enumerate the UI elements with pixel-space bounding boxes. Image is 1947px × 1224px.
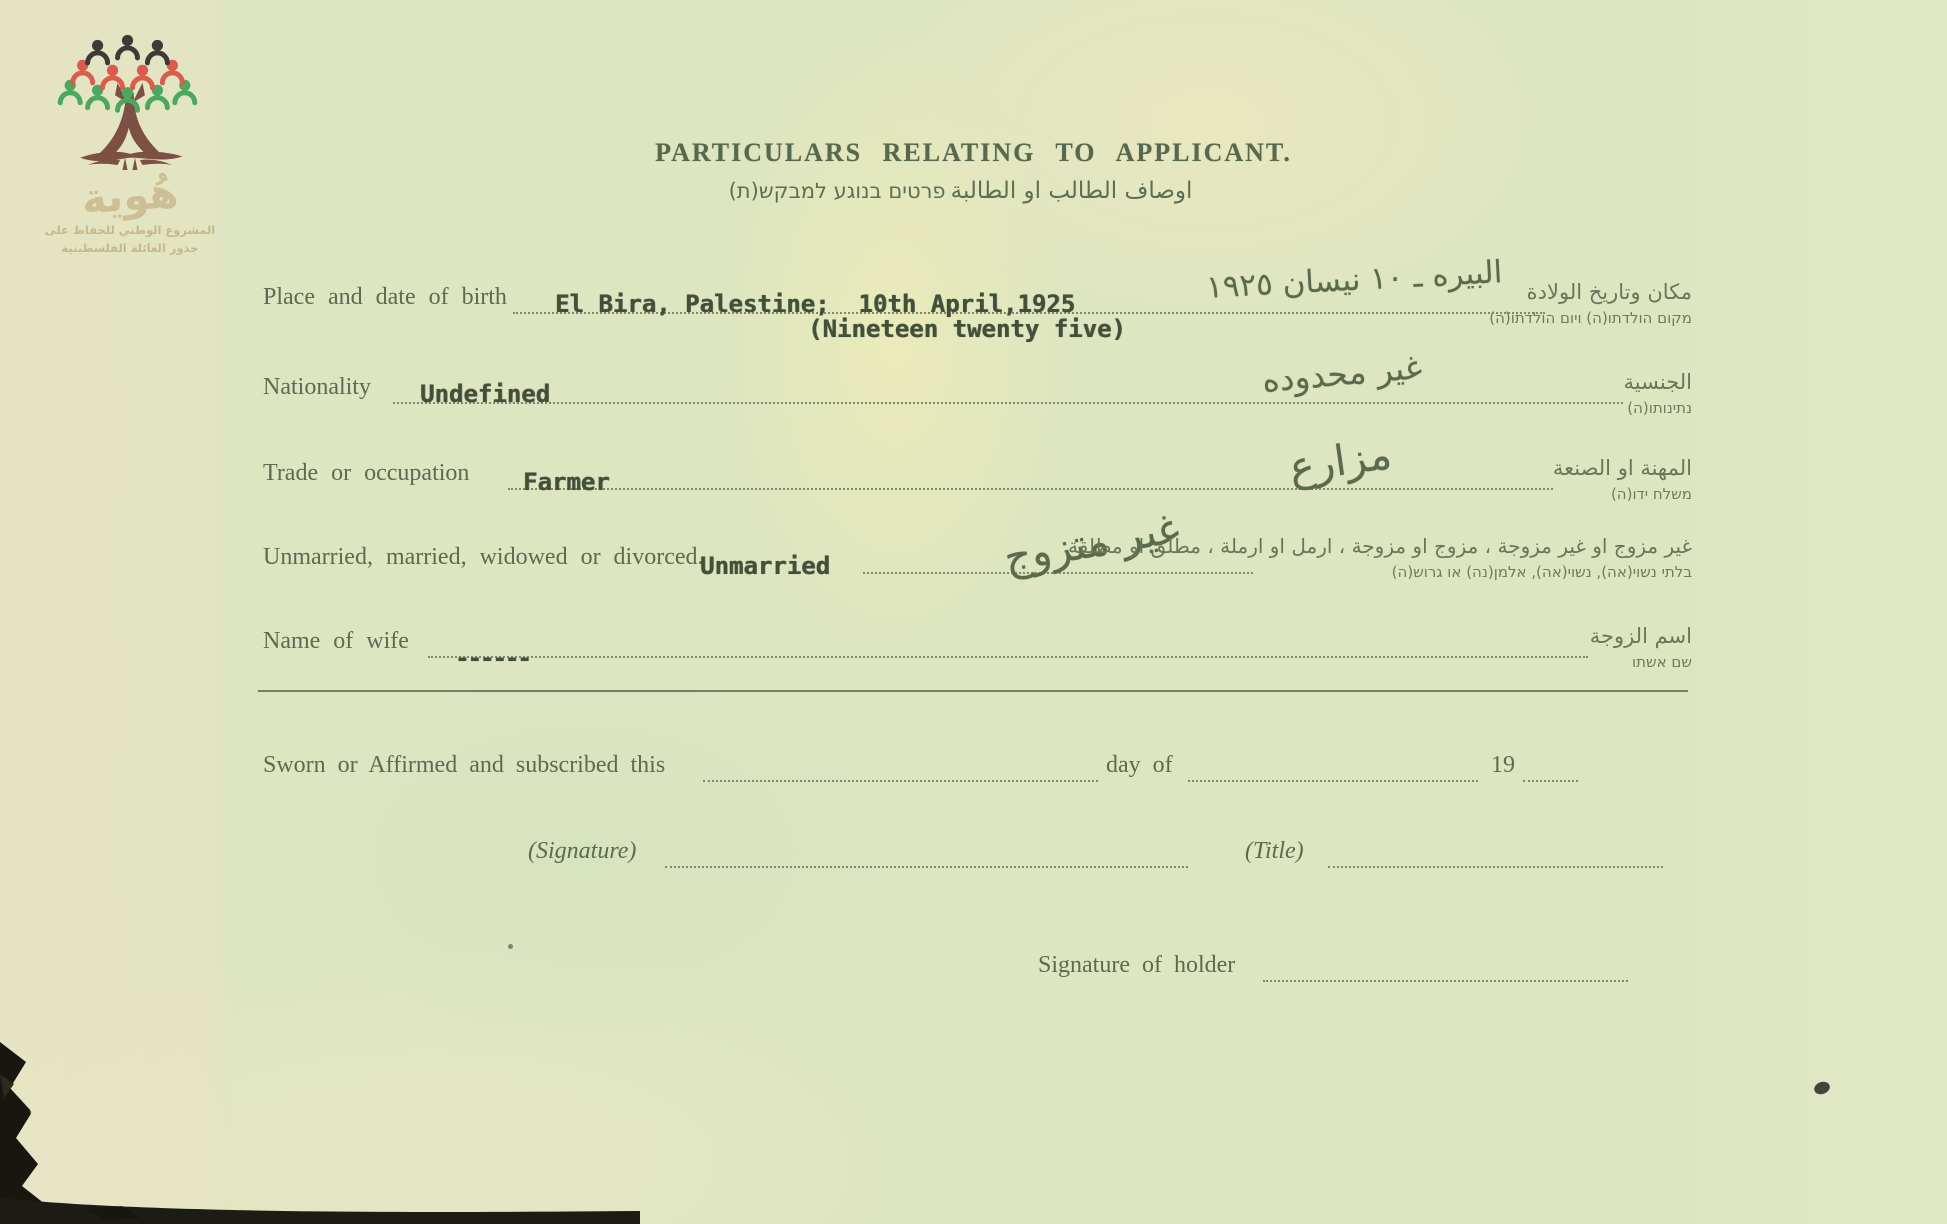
section-divider (258, 690, 1688, 692)
field-label-en: Unmarried, married, widowed or divorced. (263, 544, 704, 571)
typed-value: Undefined (420, 380, 550, 408)
field-label-he: בלתי נשוי(אה), נשוי(אה), אלמן(נה) או גרו… (1068, 563, 1692, 581)
torn-paper-edge (0, 1014, 700, 1224)
dotted-line (665, 838, 1188, 868)
typed-value: El Bira, Palestine; 10th April,1925 (555, 290, 1075, 318)
year-prefix: 19 (1491, 752, 1515, 779)
dotted-line (703, 752, 1098, 782)
field-label-ar: مكان وتاريخ الولادة (1489, 280, 1692, 304)
signature-of-holder-row: Signature of holder (263, 952, 1692, 992)
field-row-marital-status: Unmarried, married, widowed or divorced.… (263, 544, 1692, 624)
field-label-en: Place and date of birth (263, 284, 507, 311)
typed-value-line2: (Nineteen twenty five) (808, 315, 1126, 343)
field-label-he: נתינותו(ה) (1624, 399, 1692, 417)
field-label-he: שם אשתו (1590, 653, 1692, 671)
field-label-ar: غير مزوج او غير مزوجة ، مزوج او مزوجة ، … (1068, 534, 1692, 558)
field-label-ar-he: مكان وتاريخ الولادة מקום הולדתו(ה) ויום … (1489, 280, 1692, 327)
dotted-line (1328, 838, 1663, 868)
sworn-affirmed-row: Sworn or Affirmed and subscribed this da… (263, 752, 1692, 792)
field-row-nationality: Nationality Undefined غير محدوده الجنسية… (263, 374, 1692, 454)
field-row-trade-occupation: Trade or occupation Farmer مزارع المهنة … (263, 460, 1692, 540)
logo-tagline-line1: المشروع الوطني للحفاظ على (45, 223, 216, 237)
page-title: PARTICULARS RELATING TO APPLICANT. (0, 138, 1947, 168)
field-label-ar-he: اسم الزوجة שם אשתו (1590, 624, 1692, 671)
paper-speck (508, 944, 513, 949)
field-row-name-of-wife: Name of wife ------ اسم الزوجة שם אשתו (263, 628, 1692, 708)
dotted-line (393, 374, 1623, 404)
typed-value: Unmarried (700, 552, 830, 580)
field-label-ar-he: غير مزوج او غير مزوجة ، مزوج او مزوجة ، … (1068, 534, 1692, 581)
holder-label: Signature of holder (1038, 952, 1235, 979)
field-label-en: Trade or occupation (263, 460, 469, 487)
field-label-ar: الجنسية (1624, 370, 1692, 394)
field-label-ar-he: المهنة او الصنعة משלח ידו(ה) (1553, 456, 1692, 503)
field-label-ar: اسم الزوجة (1590, 624, 1692, 648)
dotted-line (508, 460, 1553, 490)
title-label: (Title) (1245, 838, 1304, 865)
logo-tagline: المشروع الوطني للحفاظ على جذور العائلة ا… (42, 222, 218, 258)
field-label-en: Name of wife (263, 628, 409, 655)
dotted-line (1188, 752, 1478, 782)
field-label-he: משלח ידו(ה) (1553, 485, 1692, 503)
subtitle-arabic: اوصاف الطالب او الطالبة (951, 178, 1193, 204)
field-row-place-date-of-birth: Place and date of birth El Bira, Palesti… (263, 284, 1692, 364)
logo-tagline-line2: جذور العائلة الفلسطينية (62, 241, 199, 255)
signature-title-row: (Signature) (Title) (263, 838, 1692, 878)
dotted-line (428, 628, 1588, 658)
day-of-text: day of (1106, 752, 1173, 779)
dotted-line (1523, 752, 1578, 782)
typed-value: Farmer (523, 468, 610, 496)
field-label-en: Nationality (263, 374, 371, 401)
ink-blot (1812, 1080, 1831, 1097)
dotted-line (1263, 952, 1628, 982)
scanned-document: هُوية المشروع الوطني للحفاظ على جذور الع… (0, 0, 1947, 1224)
sworn-text: Sworn or Affirmed and subscribed this (263, 752, 665, 779)
field-label-he: מקום הולדתו(ה) ויום הולדתו(ה) (1489, 309, 1692, 327)
page-subtitle: اوصاف الطالب او الطالبة פרטים בנוגע למבק… (0, 178, 1947, 204)
signature-label: (Signature) (528, 838, 636, 865)
people-crown (60, 35, 195, 110)
typed-value: ------ (455, 644, 530, 672)
subtitle-hebrew: פרטים בנוגע למבקש(ת) (729, 179, 946, 203)
field-label-ar: المهنة او الصنعة (1553, 456, 1692, 480)
field-label-ar-he: الجنسية נתינותו(ה) (1624, 370, 1692, 417)
